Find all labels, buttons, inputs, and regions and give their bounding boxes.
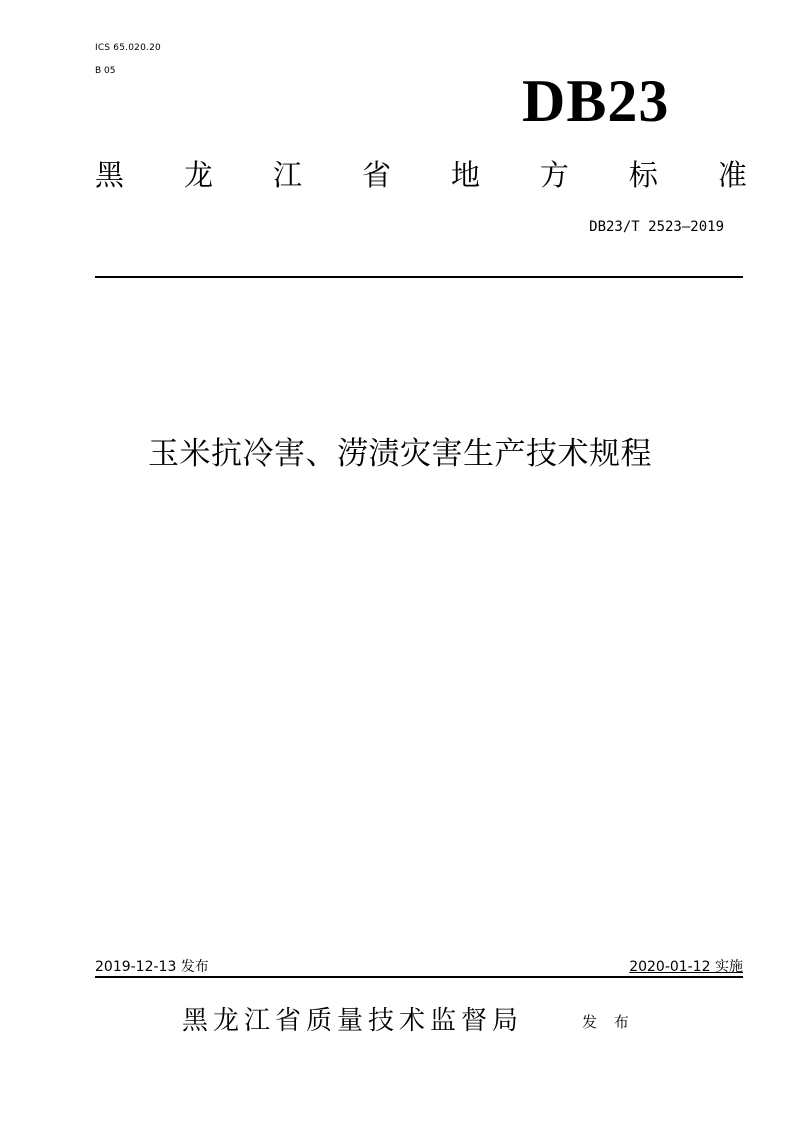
- standard-type-char: 江: [273, 156, 302, 194]
- standard-type-char: 地: [451, 156, 480, 194]
- issue-date: 2019-12-13 发布: [95, 958, 209, 976]
- ics-code: ICS 65.020.20: [95, 42, 161, 54]
- standard-type-char: 方: [540, 156, 569, 194]
- header-divider: [95, 276, 743, 278]
- footer-divider: [95, 976, 743, 978]
- standard-type-char: 标: [629, 156, 658, 194]
- standard-type-char: 省: [362, 156, 391, 194]
- issuing-authority: 黑龙江省质量技术监督局: [182, 1004, 523, 1038]
- standard-type-char: 龙: [184, 156, 213, 194]
- ccs-code: B 05: [95, 65, 116, 77]
- standard-type-char: 黑: [95, 156, 124, 194]
- standard-type-heading: 黑 龙 江 省 地 方 标 准: [95, 156, 747, 194]
- issuer-suffix: 发 布: [582, 1012, 635, 1032]
- effective-date: 2020-01-12 实施: [629, 958, 743, 976]
- document-title: 玉米抗冷害、涝渍灾害生产技术规程: [0, 432, 800, 476]
- standard-type-char: 准: [718, 156, 747, 194]
- standard-number: DB23/T 2523—2019: [589, 218, 724, 236]
- standard-logo: DB23: [522, 68, 669, 134]
